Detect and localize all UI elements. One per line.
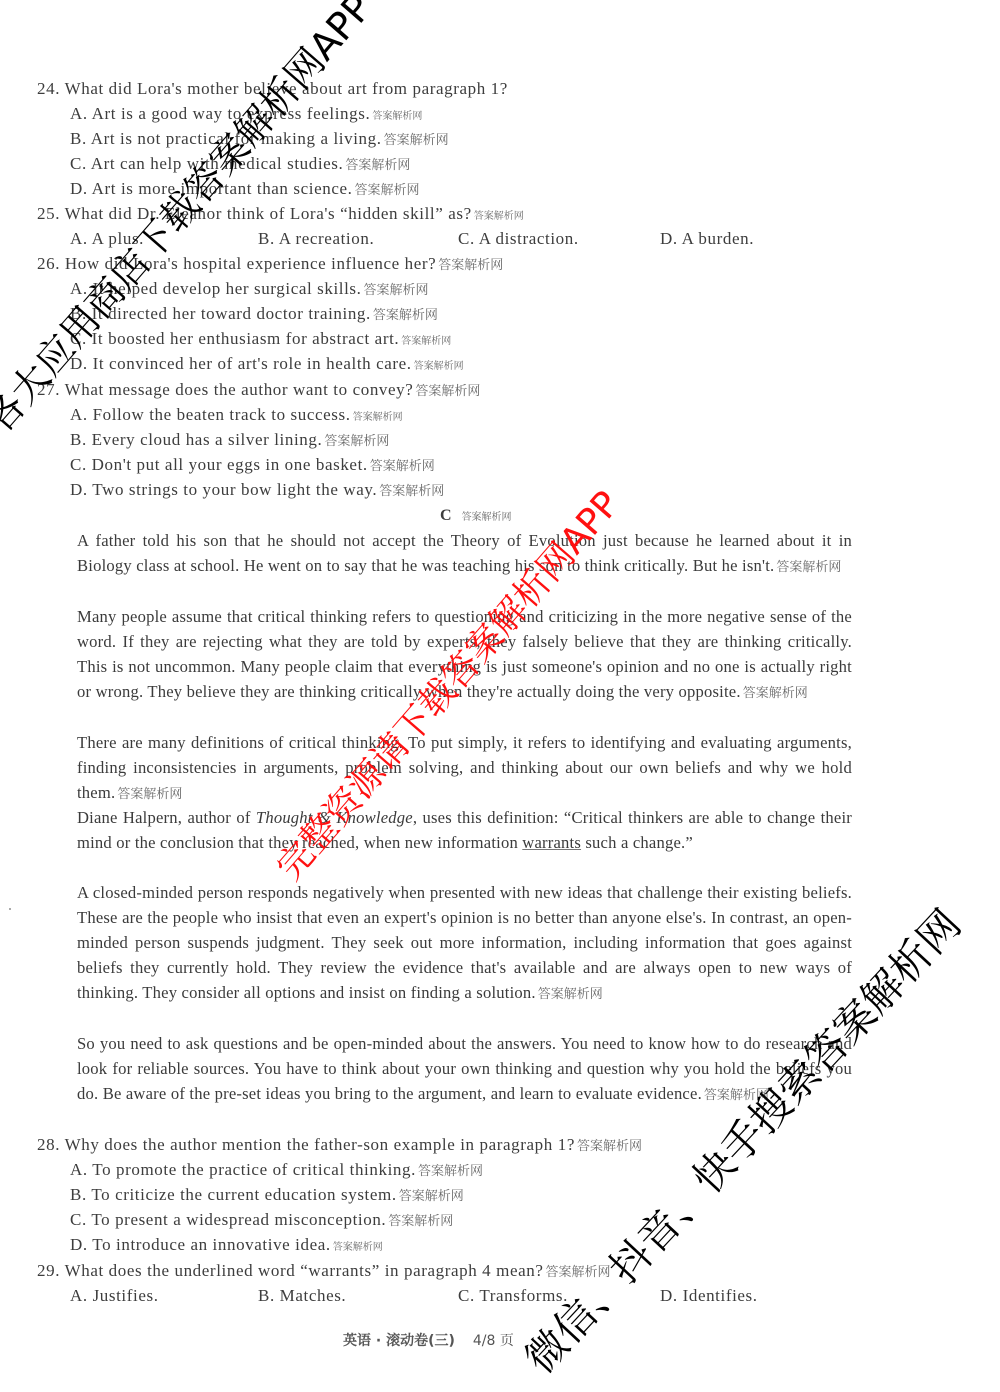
tag-mark: 答案解析网 (117, 787, 182, 802)
tag-mark: 答案解析网 (384, 133, 449, 148)
option: C. Art can help with medical studies.答案解… (70, 151, 410, 178)
option: D. It convinced her of art's role in hea… (70, 351, 464, 379)
question-stem: 24. What did Lora's mother believe about… (37, 79, 508, 98)
underlined-word: warrants (522, 833, 581, 852)
option: D. Art is more important than science.答案… (70, 176, 419, 203)
tag-mark: 答案解析网 (379, 484, 444, 499)
option-d: D. Identifies. (660, 1283, 758, 1308)
question-27: 27. What message does the author want to… (37, 377, 480, 404)
option-a: A. Justifies. (70, 1283, 159, 1308)
question-28: 28. Why does the author mention the fath… (37, 1132, 642, 1159)
tag-mark: 答案解析网 (324, 434, 389, 449)
tag-mark: 答案解析网 (399, 1189, 464, 1204)
option: A. Art is a good way to express feelings… (70, 101, 422, 129)
option: B. To criticize the current education sy… (70, 1182, 464, 1209)
question-29: 29. What does the underlined word “warra… (37, 1258, 611, 1285)
option: B. It directed her toward doctor trainin… (70, 301, 438, 328)
page-number: 4/8 页 (473, 1333, 514, 1349)
question-stem: 27. What message does the author want to… (37, 380, 413, 399)
tag-mark: 答案解析网 (415, 384, 480, 399)
tag-mark: 答案解析网 (462, 512, 512, 523)
question-25: 25. What did Dr. Eleanor think of Lora's… (37, 201, 524, 229)
option: C. It boosted her enthusiasm for abstrac… (70, 326, 451, 354)
passage-paragraph-6: So you need to ask questions and be open… (37, 1031, 852, 1108)
page-footer: 英语 · 滚动卷(三)4/8 页 (343, 1330, 514, 1350)
option: D. To introduce an innovative idea.答案解析网 (70, 1232, 383, 1260)
option-c: C. Transforms. (458, 1283, 568, 1308)
question-stem: 29. What does the underlined word “warra… (37, 1261, 543, 1280)
passage-paragraph-1: A father told his son that he should not… (37, 528, 852, 580)
passage-paragraph-2: Many people assume that critical thinkin… (37, 604, 852, 706)
book-title: Thought & Knowledge (256, 808, 413, 827)
tag-mark: 答案解析网 (776, 560, 841, 575)
tag-mark: 答案解析网 (438, 258, 503, 273)
tag-mark: 答案解析网 (418, 1164, 483, 1179)
option-a: A. A plus. (70, 226, 144, 251)
option: A. Follow the beaten track to success.答案… (70, 402, 403, 430)
question-stem: 25. What did Dr. Eleanor think of Lora's… (37, 204, 472, 223)
option: A. It helped develop her surgical skills… (70, 276, 429, 303)
tag-mark: 答案解析网 (545, 1265, 610, 1280)
tag-mark: 答案解析网 (474, 211, 524, 222)
passage-paragraph-3: There are many definitions of critical t… (37, 730, 852, 807)
tag-mark: 答案解析网 (538, 987, 603, 1002)
passage-paragraph-5: A closed-minded person responds negative… (37, 880, 852, 1007)
tag-mark: 答案解析网 (345, 158, 410, 173)
passage-paragraph-4: Diane Halpern, author of Thought & Knowl… (37, 805, 852, 855)
option-b: B. A recreation. (258, 226, 374, 251)
option: C. Don't put all your eggs in one basket… (70, 452, 435, 479)
tag-mark: 答案解析网 (353, 412, 403, 423)
tag-mark: 答案解析网 (414, 361, 464, 372)
tag-mark: 答案解析网 (333, 1242, 383, 1253)
tag-mark: 答案解析网 (372, 111, 422, 122)
option-d: D. A burden. (660, 226, 754, 251)
tag-mark: 答案解析网 (577, 1139, 642, 1154)
tag-mark: 答案解析网 (704, 1088, 769, 1103)
tag-mark: 答案解析网 (743, 686, 808, 701)
subject-label: 英语 · 滚动卷(三) (343, 1333, 455, 1349)
tag-mark: 答案解析网 (401, 336, 451, 347)
scan-speck (9, 908, 11, 910)
option: D. Two strings to your bow light the way… (70, 477, 444, 504)
tag-mark: 答案解析网 (373, 308, 438, 323)
question-26: 26. How did Lora's hospital experience i… (37, 251, 503, 278)
option: B. Art is not practical for making a liv… (70, 126, 449, 153)
section-heading: C答案解析网 (440, 503, 512, 530)
tag-mark: 答案解析网 (354, 183, 419, 198)
tag-mark: 答案解析网 (388, 1214, 453, 1229)
tag-mark: 答案解析网 (370, 459, 435, 474)
option: C. To present a widespread misconception… (70, 1207, 453, 1234)
question-24: 24. What did Lora's mother believe about… (37, 76, 508, 101)
question-stem: 26. How did Lora's hospital experience i… (37, 254, 436, 273)
question-stem: 28. Why does the author mention the fath… (37, 1135, 575, 1154)
option-b: B. Matches. (258, 1283, 346, 1308)
option-c: C. A distraction. (458, 226, 579, 251)
exam-page: 24. What did Lora's mother believe about… (0, 0, 1000, 1392)
option: A. To promote the practice of critical t… (70, 1157, 483, 1184)
option: B. Every cloud has a silver lining.答案解析网 (70, 427, 389, 454)
tag-mark: 答案解析网 (364, 283, 429, 298)
